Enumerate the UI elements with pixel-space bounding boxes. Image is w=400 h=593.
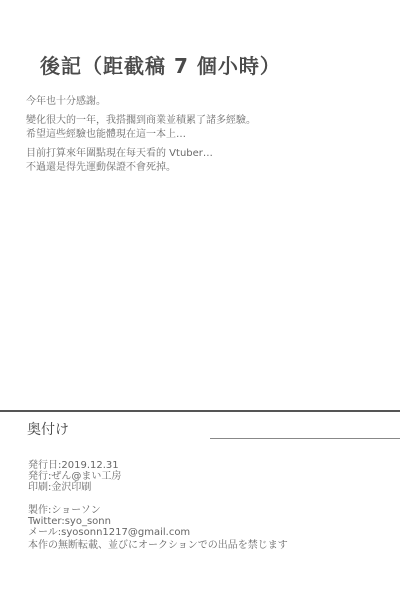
afterword-line: 目前打算來年圍點現在每天看的 Vtuber… xyxy=(26,147,256,161)
colophon-title: 奥付け xyxy=(27,419,69,439)
colophon-underline xyxy=(210,438,400,439)
colophon-details: 発行日:2019.12.31 発行:ぜん@まい工房 印刷:金沢印刷 製作:ショー… xyxy=(28,460,190,538)
twitter-handle: Twitter:syo_sonn xyxy=(28,516,190,527)
publisher: 発行:ぜん@まい工房 xyxy=(28,471,190,482)
afterword-line: 希望這些經驗也能體現在這一本上… xyxy=(26,128,256,142)
copyright-notice: 本作の無断転載、並びにオークションでの出品を禁じます xyxy=(28,536,288,551)
afterword-line: 變化很大的一年，我搭擱到商業並積累了諸多經驗。 xyxy=(26,114,256,128)
publish-date: 発行日:2019.12.31 xyxy=(28,460,190,471)
afterword-body: 今年也十分感謝。 變化很大的一年，我搭擱到商業並積累了諸多經驗。 希望這些經驗也… xyxy=(26,95,256,175)
author: 製作:ショーソン xyxy=(28,505,190,516)
printer: 印刷:金沢印刷 xyxy=(28,482,190,493)
afterword-line: 不過還是得先運動保證不會死掉。 xyxy=(26,161,256,175)
afterword-line: 今年也十分感謝。 xyxy=(26,95,256,109)
afterword-title: 後記（距截稿 7 個小時） xyxy=(40,50,281,79)
section-divider xyxy=(0,410,400,412)
